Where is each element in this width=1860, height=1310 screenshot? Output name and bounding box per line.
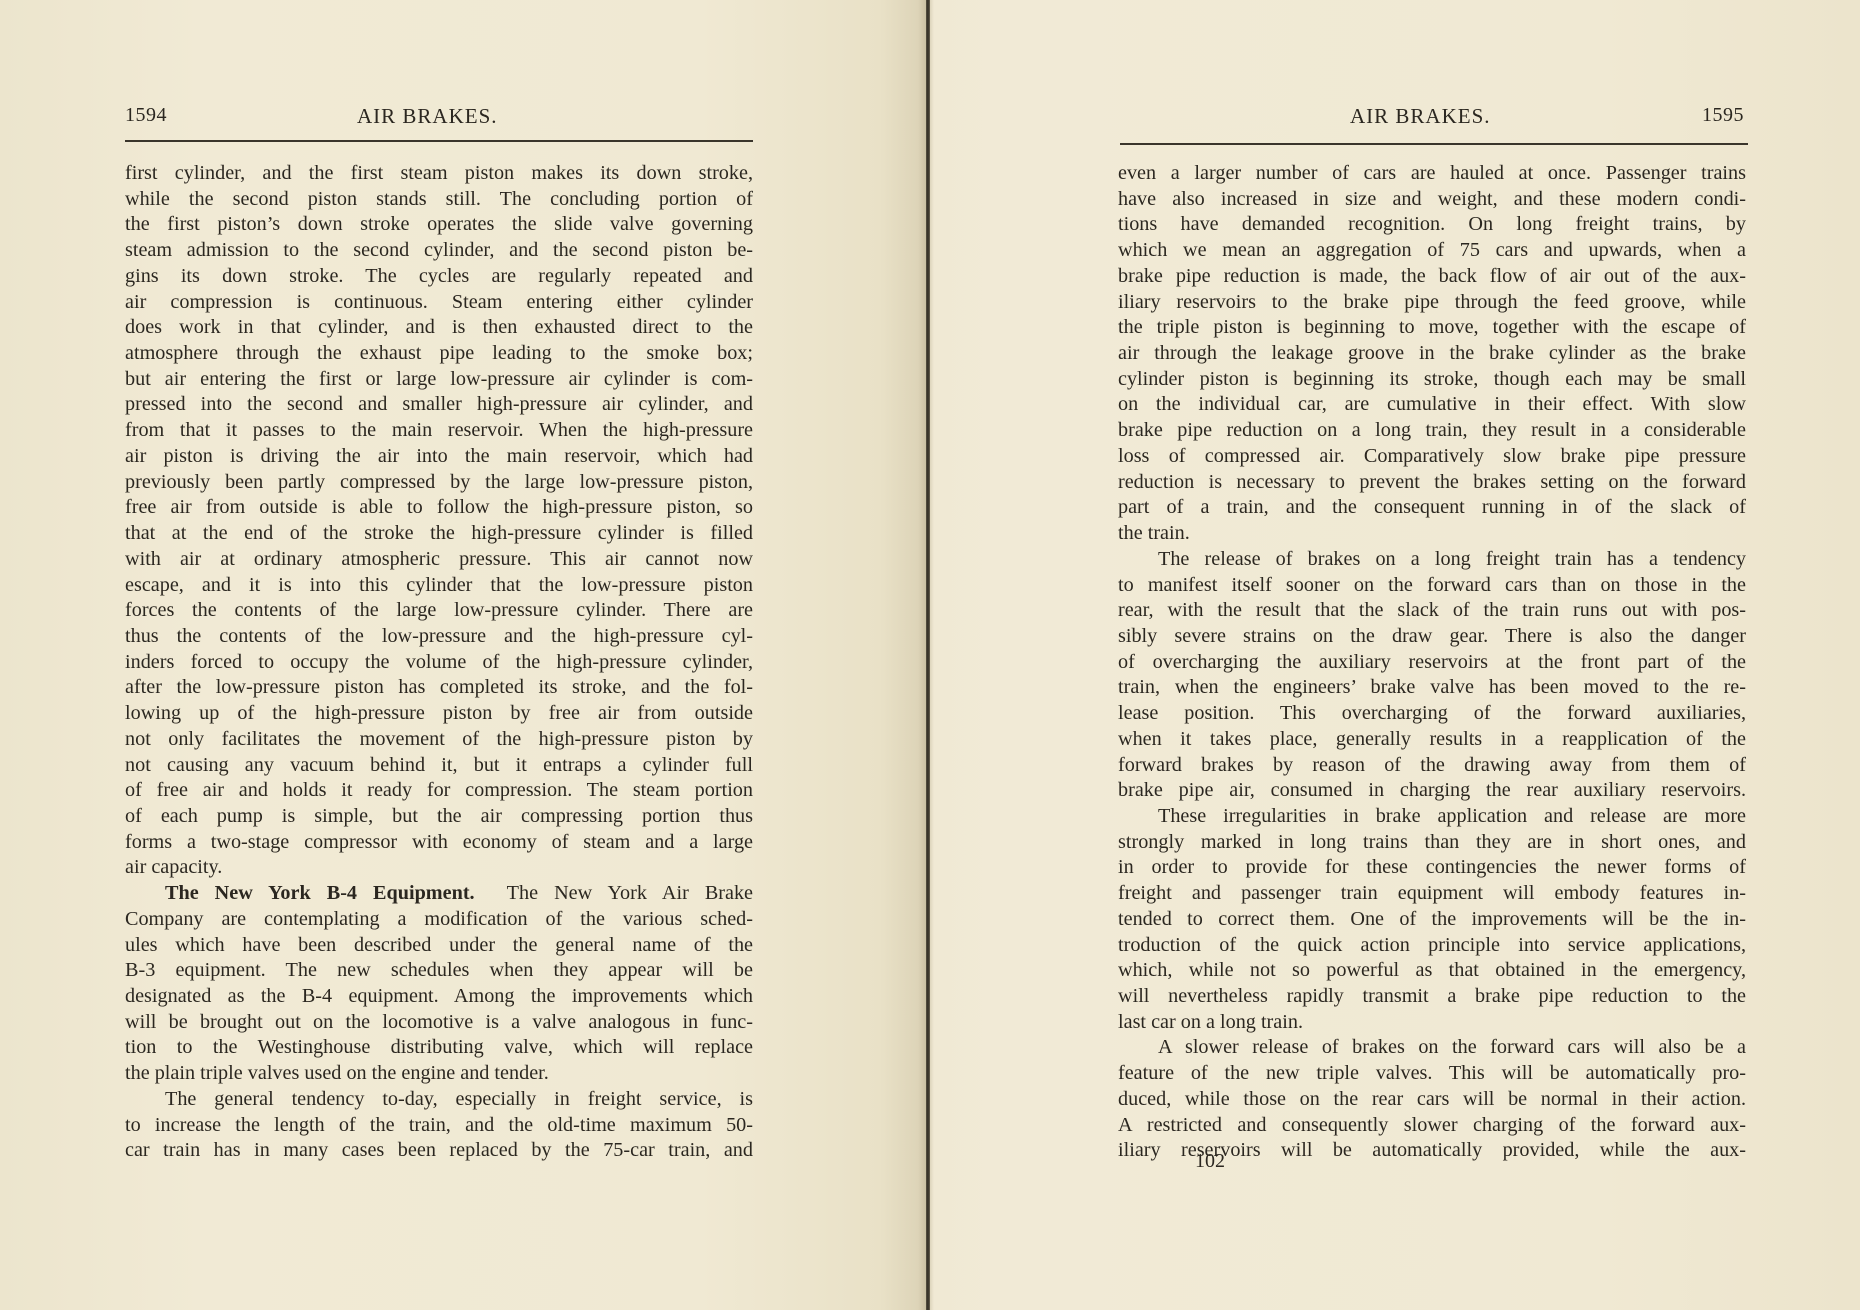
text-line: The release of brakes on a long freight … <box>1118 547 1746 573</box>
text-line: of overcharging the auxiliary reservoirs… <box>1118 650 1746 676</box>
text-line: train, when the engineers’ brake valve h… <box>1118 675 1746 701</box>
text-line: of free air and holds it ready for compr… <box>125 778 753 804</box>
right-body-text: even a larger number of cars are hauled … <box>1118 161 1746 1164</box>
text-line: gins its down stroke. The cycles are reg… <box>125 264 753 290</box>
running-title: AIR BRAKES. <box>357 104 498 129</box>
text-line: iliary reservoirs to the brake pipe thro… <box>1118 290 1746 316</box>
text-line: tion to the Westinghouse distributing va… <box>125 1035 753 1061</box>
text-line: designated as the B-4 equipment. Among t… <box>125 984 753 1010</box>
text-line: part of a train, and the consequent runn… <box>1118 495 1746 521</box>
text-line: but air entering the first or large low-… <box>125 367 753 393</box>
text-line: first cylinder, and the first steam pist… <box>125 161 753 187</box>
section-heading-rest: The New York Air Brake <box>507 882 753 904</box>
text-line: loss of compressed air. Comparatively sl… <box>1118 444 1746 470</box>
left-body-text: first cylinder, and the first steam pist… <box>125 161 753 1164</box>
text-line: the train. <box>1118 521 1746 547</box>
text-line: forward brakes by reason of the drawing … <box>1118 753 1746 779</box>
book-spine-gutter <box>926 0 930 1310</box>
text-line: strongly marked in long trains than they… <box>1118 830 1746 856</box>
paragraph-irregularities: These irregularities in brake applicatio… <box>1118 804 1746 1035</box>
text-line: The general tendency to-day, especially … <box>125 1087 753 1113</box>
text-line: does work in that cylinder, and is then … <box>125 315 753 341</box>
text-line: A slower release of brakes on the forwar… <box>1118 1035 1746 1061</box>
left-running-head: 1594 AIR BRAKES. <box>125 104 753 134</box>
text-line: car train has in many cases been replace… <box>125 1138 753 1164</box>
text-line: B-3 equipment. The new schedules when th… <box>125 958 753 984</box>
text-line: have also increased in size and weight, … <box>1118 187 1746 213</box>
paragraph-release-of-brakes: The release of brakes on a long freight … <box>1118 547 1746 804</box>
text-line: ules which have been described under the… <box>125 933 753 959</box>
text-line: feature of the new triple valves. This w… <box>1118 1061 1746 1087</box>
running-title: AIR BRAKES. <box>1350 104 1491 129</box>
text-line: brake pipe reduction on a long train, th… <box>1118 418 1746 444</box>
text-line: forms a two-stage compressor with econom… <box>125 830 753 856</box>
text-line: while the second piston stands still. Th… <box>125 187 753 213</box>
text-line: with air at ordinary atmospheric pressur… <box>125 547 753 573</box>
text-line: to manifest itself sooner on the forward… <box>1118 573 1746 599</box>
section-new-york-b4: The New York B-4 Equipment. The New York… <box>125 881 753 1087</box>
text-line: when it takes place, generally results i… <box>1118 727 1746 753</box>
text-line: inders forced to occupy the volume of th… <box>125 650 753 676</box>
text-line: duced, while those on the rear cars will… <box>1118 1087 1746 1113</box>
text-line: free air from outside is able to follow … <box>125 495 753 521</box>
text-line: last car on a long train. <box>1118 1010 1746 1036</box>
section-heading: The New York B-4 Equipment. <box>165 882 475 904</box>
text-line: thus the contents of the low-pressure an… <box>125 624 753 650</box>
text-line: on the individual car, are cumulative in… <box>1118 392 1746 418</box>
text-line: air through the leakage groove in the br… <box>1118 341 1746 367</box>
text-line: brake pipe air, consumed in charging the… <box>1118 778 1746 804</box>
text-line: brake pipe reduction is made, the back f… <box>1118 264 1746 290</box>
text-line: not causing any vacuum behind it, but it… <box>125 753 753 779</box>
text-line: air compression is continuous. Steam ent… <box>125 290 753 316</box>
header-rule <box>1120 143 1748 145</box>
text-line: that at the end of the stroke the high-p… <box>125 521 753 547</box>
text-line: tions have demanded recognition. On long… <box>1118 212 1746 238</box>
paragraph-general-tendency: The general tendency to-day, especially … <box>125 1087 753 1164</box>
header-rule <box>125 140 753 142</box>
right-running-head: AIR BRAKES. 1595 <box>1118 104 1746 134</box>
section-first-line: The New York B-4 Equipment. The New York… <box>125 881 753 907</box>
text-line: will nevertheless rapidly transmit a bra… <box>1118 984 1746 1010</box>
text-line: atmosphere through the exhaust pipe lead… <box>125 341 753 367</box>
paragraph-continuation: first cylinder, and the first steam pist… <box>125 161 753 881</box>
text-line: previously been partly compressed by the… <box>125 470 753 496</box>
text-line: even a larger number of cars are hauled … <box>1118 161 1746 187</box>
paragraph-slower-release: A slower release of brakes on the forwar… <box>1118 1035 1746 1164</box>
text-line: forces the contents of the large low-pre… <box>125 598 753 624</box>
text-line: Company are contemplating a modification… <box>125 907 753 933</box>
text-line: not only facilitates the movement of the… <box>125 727 753 753</box>
text-line: lease position. This overcharging of the… <box>1118 701 1746 727</box>
text-line: steam admission to the second cylinder, … <box>125 238 753 264</box>
text-line: the triple piston is beginning to move, … <box>1118 315 1746 341</box>
text-line: which we mean an aggregation of 75 cars … <box>1118 238 1746 264</box>
text-line: of each pump is simple, but the air comp… <box>125 804 753 830</box>
page-number: 1595 <box>1702 104 1744 127</box>
paragraph-continuation: even a larger number of cars are hauled … <box>1118 161 1746 547</box>
page-number: 1594 <box>125 104 167 127</box>
text-line: sibly severe strains on the draw gear. T… <box>1118 624 1746 650</box>
text-line: which, while not so powerful as that obt… <box>1118 958 1746 984</box>
text-line: to increase the length of the train, and… <box>125 1113 753 1139</box>
text-line: tended to correct them. One of the impro… <box>1118 907 1746 933</box>
text-line: escape, and it is into this cylinder tha… <box>125 573 753 599</box>
text-line: lowing up of the high-pressure piston by… <box>125 701 753 727</box>
text-line: rear, with the result that the slack of … <box>1118 598 1746 624</box>
left-page: 1594 AIR BRAKES. first cylinder, and the… <box>125 0 753 1310</box>
text-line: These irregularities in brake applicatio… <box>1118 804 1746 830</box>
text-line: from that it passes to the main reservoi… <box>125 418 753 444</box>
text-line: the plain triple valves used on the engi… <box>125 1061 753 1087</box>
text-line: air capacity. <box>125 855 753 881</box>
text-line: will be brought out on the locomotive is… <box>125 1010 753 1036</box>
text-line: troduction of the quick action principle… <box>1118 933 1746 959</box>
text-line: air piston is driving the air into the m… <box>125 444 753 470</box>
text-line: freight and passenger train equipment wi… <box>1118 881 1746 907</box>
text-line: A restricted and consequently slower cha… <box>1118 1113 1746 1139</box>
text-line: cylinder piston is beginning its stroke,… <box>1118 367 1746 393</box>
signature-mark: 102 <box>1195 1150 1225 1173</box>
text-line: reduction is necessary to prevent the br… <box>1118 470 1746 496</box>
text-line: after the low-pressure piston has comple… <box>125 675 753 701</box>
text-line: the first piston’s down stroke operates … <box>125 212 753 238</box>
right-page: AIR BRAKES. 1595 even a larger number of… <box>1118 0 1746 1310</box>
text-line: pressed into the second and smaller high… <box>125 392 753 418</box>
text-line: in order to provide for these contingenc… <box>1118 855 1746 881</box>
